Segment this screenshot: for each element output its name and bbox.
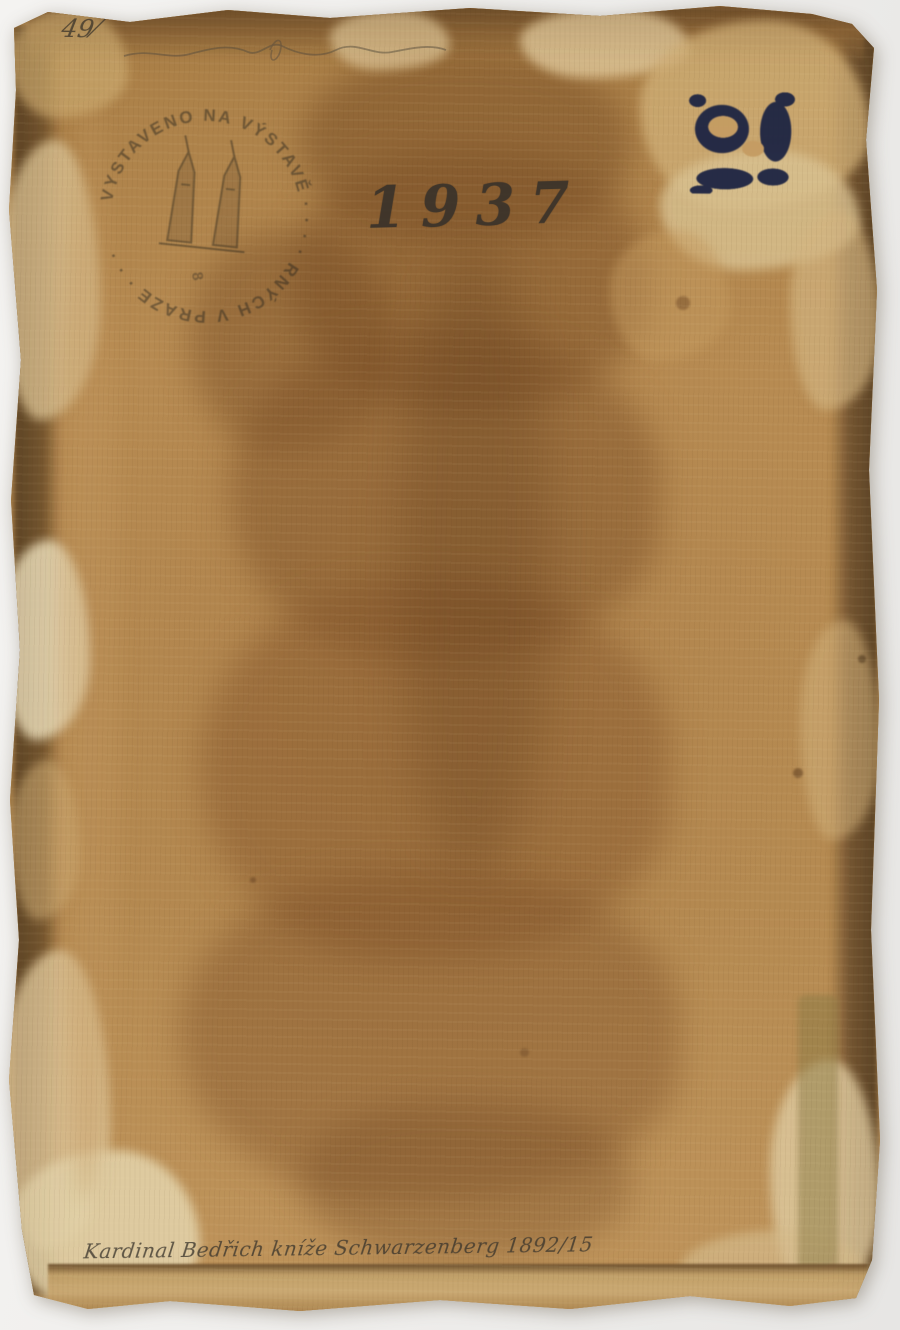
photo-backdrop: VYSTAVENO NA VÝSTAVĚ · · · · RNÝCH V PRA…	[0, 0, 900, 1330]
board-vignette	[0, 0, 900, 1330]
board-shadow-wrap: VYSTAVENO NA VÝSTAVĚ · · · · RNÝCH V PRA…	[0, 0, 900, 1330]
painting-verso-board: VYSTAVENO NA VÝSTAVĚ · · · · RNÝCH V PRA…	[0, 0, 900, 1330]
